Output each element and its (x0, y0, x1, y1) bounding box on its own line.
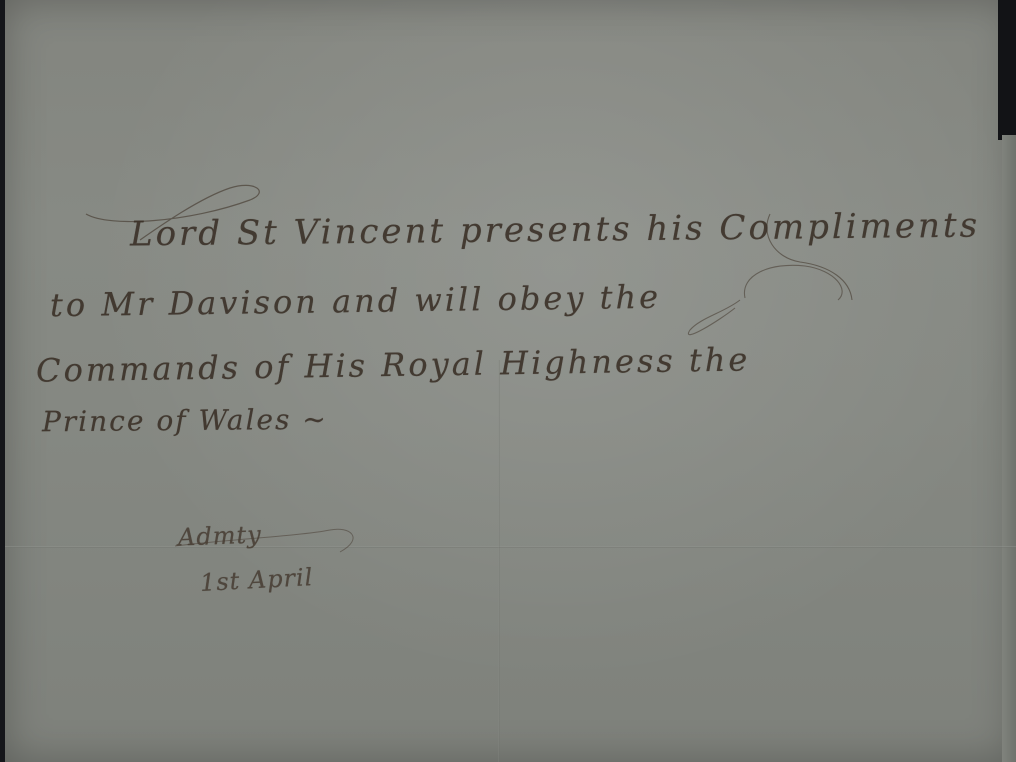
closing-place: Admty (178, 521, 263, 552)
horizontal-fold-crease (5, 546, 1016, 548)
letter-photograph: Lord St Vincent presents his Compliments… (0, 0, 1016, 762)
paper-edge-right (1002, 135, 1016, 762)
background-edge-right (998, 0, 1016, 140)
closing-date: 1st April (199, 563, 314, 597)
letter-line-4: Prince of Wales ~ (42, 403, 328, 438)
vertical-fold-crease (498, 360, 500, 762)
